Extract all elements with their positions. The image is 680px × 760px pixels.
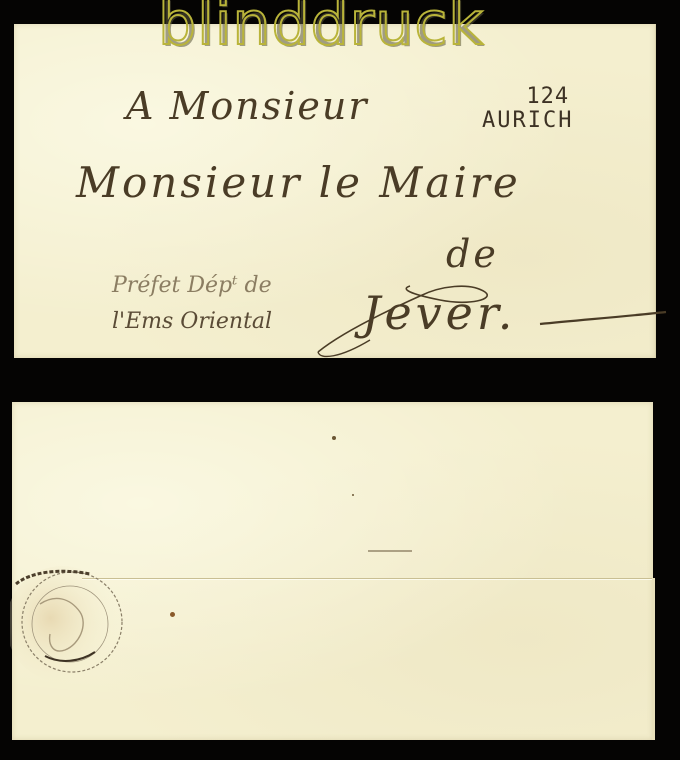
address-line-1: A Monsieur <box>126 84 369 128</box>
ink-spot <box>352 494 354 496</box>
ink-spot <box>170 612 175 617</box>
department-marking: Préfet Dépᵗ de l'Ems Oriental <box>112 268 272 340</box>
fold-line <box>82 578 653 579</box>
postmark-town: AURICH <box>482 110 573 132</box>
postmark-number: 124 <box>522 86 573 108</box>
pen-flourish-icon <box>310 274 670 364</box>
watermark-text: blinddruck <box>158 0 484 54</box>
ink-mark <box>368 550 412 552</box>
seal-stamp-icon <box>10 564 128 684</box>
letter-back <box>12 402 653 740</box>
department-marking-line-2: l'Ems Oriental <box>112 304 272 340</box>
address-line-2: Monsieur le Maire <box>76 158 521 207</box>
ink-spot <box>332 436 336 440</box>
fold-edge <box>652 578 655 740</box>
address-line-3: de <box>446 232 499 276</box>
postmark: 124 AURICH <box>482 86 573 132</box>
letter-front: A Monsieur Monsieur le Maire de Jever. 1… <box>14 24 656 358</box>
department-marking-line-1: Préfet Dépᵗ de <box>112 268 272 304</box>
